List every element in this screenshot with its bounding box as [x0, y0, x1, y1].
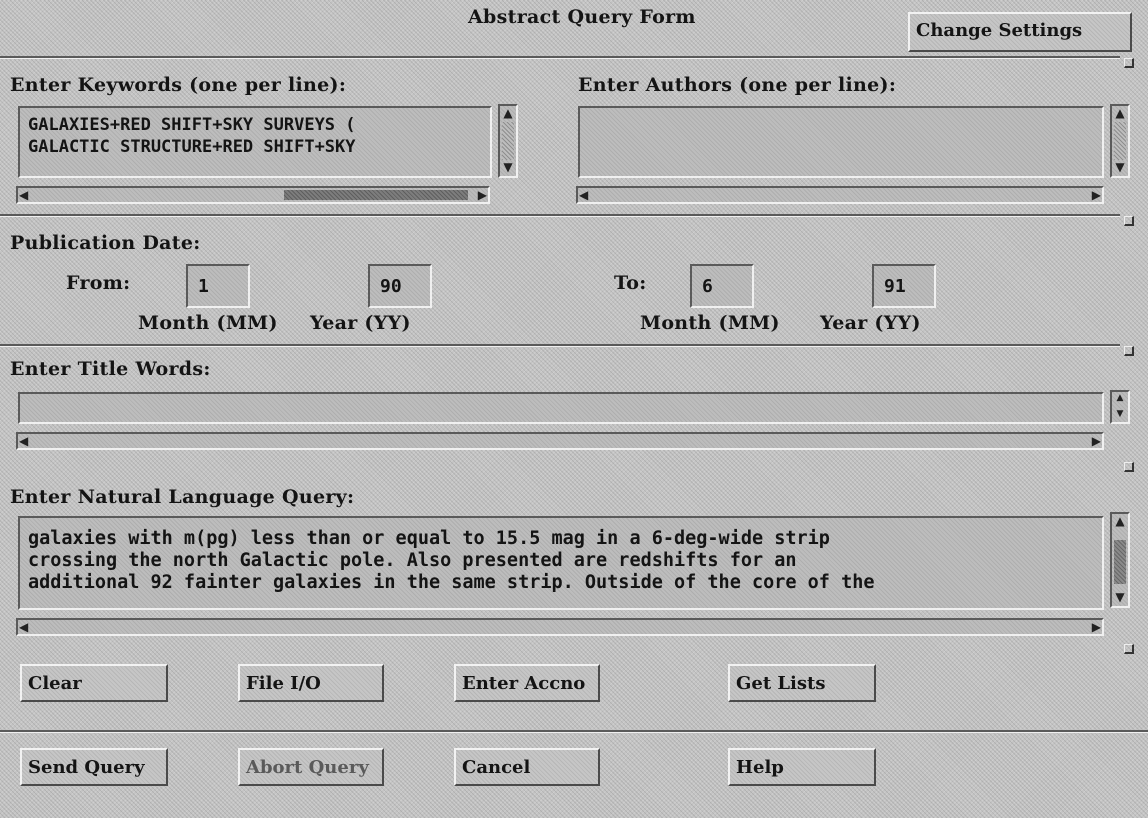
- scroll-left-icon[interactable]: ◀: [19, 621, 28, 633]
- authors-hscrollbar[interactable]: ◀ ▶: [576, 186, 1104, 204]
- to-year-caption: Year (YY): [820, 312, 921, 334]
- title-words-label: Enter Title Words:: [10, 358, 211, 380]
- title-words-vscrollbar[interactable]: ▲ ▼: [1110, 390, 1130, 424]
- keywords-line: GALAXIES+RED SHIFT+SKY SURVEYS (: [20, 108, 490, 136]
- help-button[interactable]: Help: [728, 748, 876, 786]
- pane-sash-2[interactable]: [1124, 216, 1134, 226]
- from-year-caption: Year (YY): [310, 312, 411, 334]
- section-separator: [0, 344, 1120, 347]
- change-settings-button[interactable]: Change Settings: [908, 12, 1132, 52]
- natural-language-query-label: Enter Natural Language Query:: [10, 486, 354, 508]
- scroll-left-icon[interactable]: ◀: [579, 189, 588, 201]
- scroll-left-icon[interactable]: ◀: [19, 435, 28, 447]
- from-label: From:: [66, 272, 130, 294]
- scroll-right-icon[interactable]: ▶: [1092, 435, 1101, 447]
- scroll-right-icon[interactable]: ▶: [478, 189, 487, 201]
- title-words-hscrollbar[interactable]: ◀ ▶: [16, 432, 1104, 450]
- scroll-right-icon[interactable]: ▶: [1092, 621, 1101, 633]
- clear-button[interactable]: Clear: [20, 664, 168, 702]
- keywords-label: Enter Keywords (one per line):: [10, 74, 346, 96]
- title-words-value: [20, 394, 1102, 406]
- authors-textarea[interactable]: [578, 106, 1104, 178]
- cancel-button[interactable]: Cancel: [454, 748, 600, 786]
- scroll-thumb[interactable]: [1114, 540, 1126, 584]
- from-month-input[interactable]: 1: [186, 264, 250, 308]
- keywords-line: GALACTIC STRUCTURE+RED SHIFT+SKY: [20, 136, 490, 158]
- scroll-right-icon[interactable]: ▶: [1092, 189, 1101, 201]
- window-title: Abstract Query Form: [468, 6, 696, 28]
- publication-date-label: Publication Date:: [10, 232, 201, 254]
- send-query-button[interactable]: Send Query: [20, 748, 168, 786]
- natural-language-query-vscrollbar[interactable]: ▲ ▼: [1110, 512, 1130, 608]
- scroll-down-icon[interactable]: ▼: [501, 161, 515, 175]
- pane-sash-4[interactable]: [1124, 462, 1134, 472]
- pane-sash-1[interactable]: [1124, 58, 1134, 68]
- to-month-caption: Month (MM): [640, 312, 780, 334]
- keywords-hscrollbar[interactable]: ◀ ▶: [16, 186, 490, 204]
- scroll-thumb[interactable]: [502, 122, 514, 160]
- button-row-separator: [0, 730, 1148, 733]
- scroll-up-icon[interactable]: ▲: [1113, 107, 1127, 121]
- scroll-down-icon[interactable]: ▼: [1113, 161, 1127, 175]
- from-year-input[interactable]: 90: [368, 264, 432, 308]
- enter-accno-button[interactable]: Enter Accno: [454, 664, 600, 702]
- get-lists-button[interactable]: Get Lists: [728, 664, 876, 702]
- to-label: To:: [614, 272, 647, 294]
- scroll-down-icon[interactable]: ▼: [1113, 591, 1127, 605]
- title-words-input[interactable]: [18, 392, 1104, 424]
- query-line: additional 92 fainter galaxies in the sa…: [20, 572, 1102, 594]
- natural-language-query-textarea[interactable]: galaxies with m(pg) less than or equal t…: [18, 516, 1104, 610]
- natural-language-query-hscrollbar[interactable]: ◀ ▶: [16, 618, 1104, 636]
- title-separator: [0, 56, 1120, 59]
- pane-sash-5[interactable]: [1124, 644, 1134, 654]
- query-line: crossing the north Galactic pole. Also p…: [20, 550, 1102, 572]
- to-year-input[interactable]: 91: [872, 264, 936, 308]
- scroll-thumb[interactable]: [284, 190, 468, 200]
- from-month-caption: Month (MM): [138, 312, 278, 334]
- file-io-button[interactable]: File I/O: [238, 664, 384, 702]
- scroll-thumb[interactable]: [1114, 122, 1126, 160]
- scroll-left-icon[interactable]: ◀: [19, 189, 28, 201]
- authors-vscrollbar[interactable]: ▲ ▼: [1110, 104, 1130, 178]
- authors-label: Enter Authors (one per line):: [578, 74, 896, 96]
- abort-query-button[interactable]: Abort Query: [238, 748, 384, 786]
- keywords-textarea[interactable]: GALAXIES+RED SHIFT+SKY SURVEYS ( GALACTI…: [18, 106, 492, 178]
- scroll-up-icon[interactable]: ▲: [501, 107, 515, 121]
- scroll-up-icon[interactable]: ▲: [1113, 515, 1127, 529]
- scroll-up-icon[interactable]: ▲: [1113, 392, 1127, 406]
- section-separator: [0, 214, 1120, 217]
- scroll-down-icon[interactable]: ▼: [1113, 408, 1127, 422]
- query-line: galaxies with m(pg) less than or equal t…: [20, 518, 1102, 550]
- keywords-vscrollbar[interactable]: ▲ ▼: [498, 104, 518, 178]
- pane-sash-3[interactable]: [1124, 346, 1134, 356]
- to-month-input[interactable]: 6: [690, 264, 754, 308]
